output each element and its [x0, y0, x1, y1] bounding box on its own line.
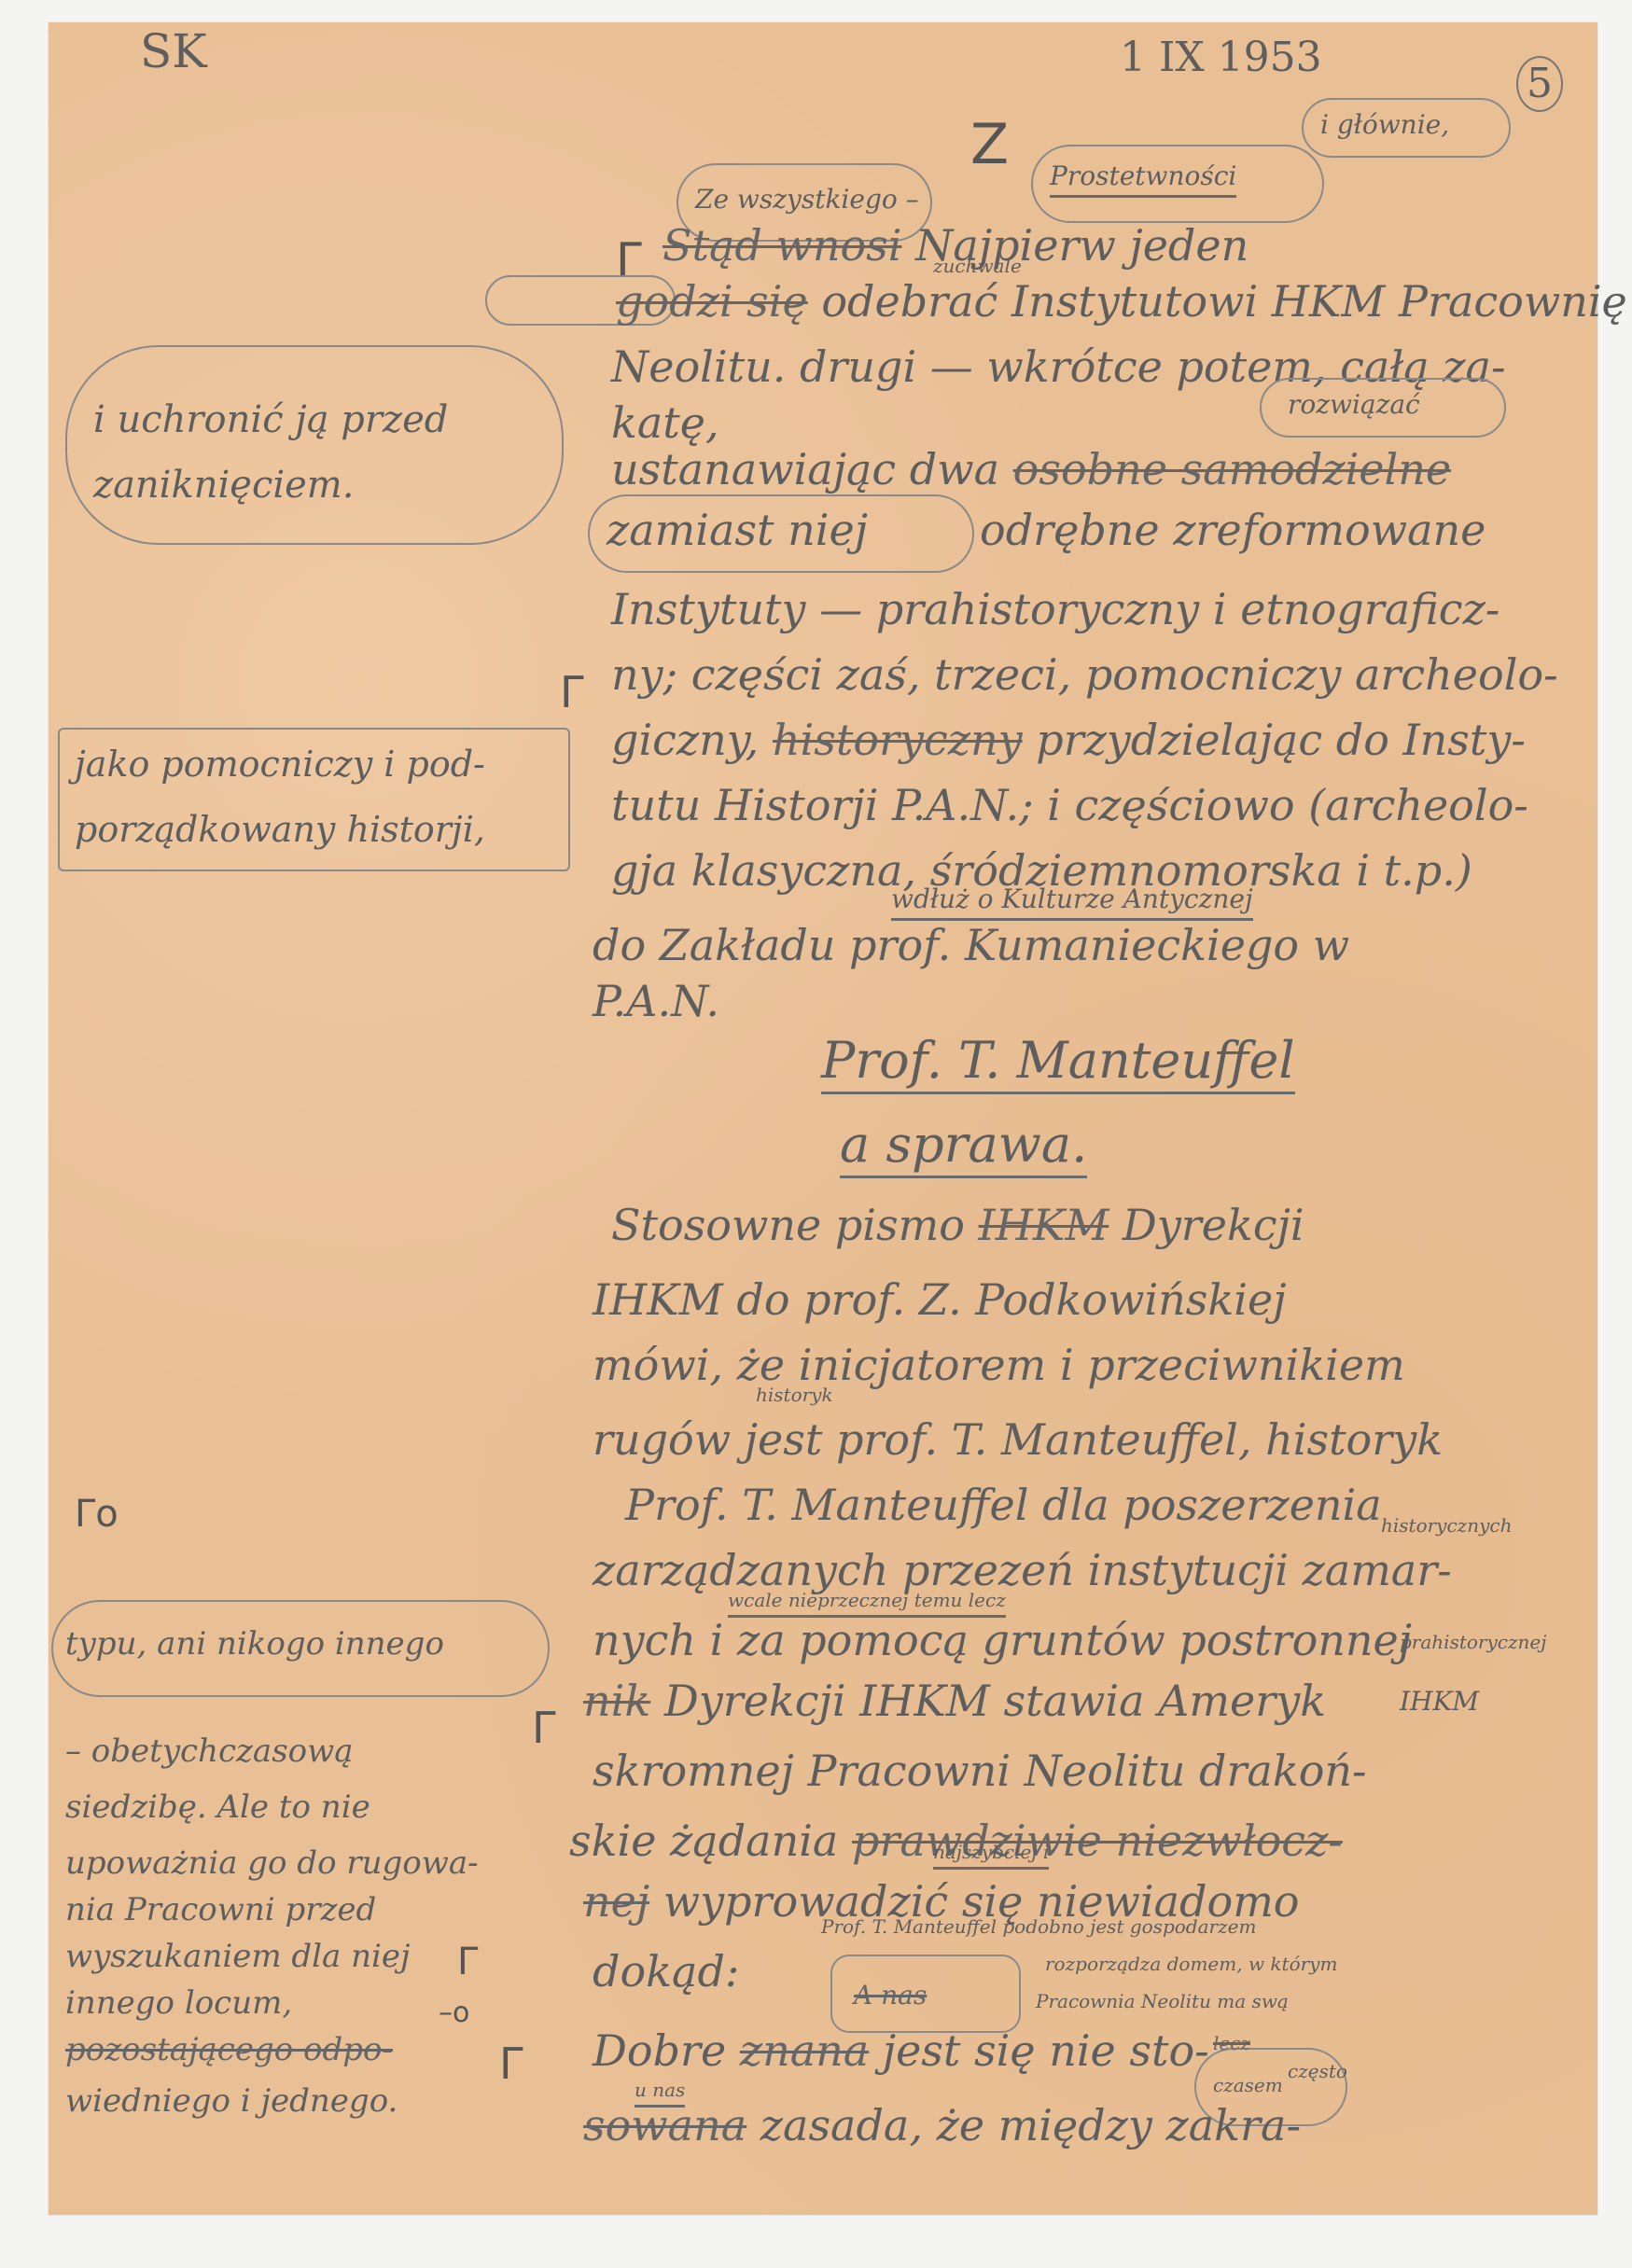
margin-note-1-line-1: i uchronić ją przed [93, 401, 448, 438]
margin-note-4-line-1: – obetychczasową [65, 1735, 354, 1767]
margin-note-2-line-2: porządkowany historji, [75, 812, 485, 847]
above-insertion: historycznych [1381, 1516, 1512, 1535]
above-insertion: historyk [756, 1385, 833, 1404]
section-line-13: Dobre znana jest się nie sto- [593, 2029, 1209, 2072]
insertion-ze-wszystkiego: Ze wszystkiego – [695, 187, 919, 213]
page-number: 5 [1516, 56, 1563, 112]
margin-note-3: typu, ani nikogo innego [65, 1628, 444, 1660]
section-line-9: skromnej Pracowni Neolitu drakoń- [593, 1749, 1367, 1792]
manteuffel-note-1: Prof. T. Manteuffel podobno jest gospoda… [821, 1917, 1256, 1936]
above-insertion: zuchwale [933, 257, 1022, 275]
above-insertion: prahistorycznej [1400, 1633, 1546, 1651]
manteuffel-note-2: rozporządza domem, w którym [1045, 1955, 1337, 1973]
section-line-8: nik Dyrekcji IHKM stawia Ameryk [583, 1679, 1326, 1722]
margin-mark: Γ [499, 2038, 523, 2089]
manteuffel-note-3: Pracownia Neolitu ma swą [1036, 1992, 1289, 2011]
text-line-8: ny; części zaś, trzeci, pomocniczy arche… [611, 653, 1558, 696]
margin-note-bubble [65, 345, 564, 545]
section-line-7: nych i za pomocą gruntów postronnej [593, 1619, 1412, 1662]
margin-note-4-line-2: siedzibę. Ale to nie [65, 1791, 370, 1823]
date: 1 IX 1953 [1120, 37, 1322, 78]
above-insertion: najszybciej i [933, 1843, 1049, 1870]
crossed-a-nas: A nas [854, 1983, 927, 2009]
margin-note-1-line-2: zaniknięciem. [93, 466, 354, 504]
insertion-zamiast-niej: zamiast niej [607, 508, 868, 551]
margin-note-4-line-5: wyszukaniem dla niej [65, 1941, 411, 1972]
insertion-prostetwnosci: Prostetwności [1050, 163, 1236, 198]
insertion-i-glownie: i głównie, [1320, 112, 1449, 138]
section-heading-line-2: a sprawa. [840, 1120, 1087, 1178]
above-insertion: wcale nieprzecznej temu lecz [728, 1591, 1006, 1618]
text-line-12: do Zakładu prof. Kumanieckiego w [593, 924, 1349, 967]
text-line-10: tutu Historji P.A.N.; i częściowo (arche… [611, 784, 1528, 827]
margin-mark: Γ [457, 1941, 478, 1983]
section-line-2: IHKM do prof. Z. Podkowińskiej [593, 1278, 1286, 1321]
initials: SK [140, 28, 207, 75]
margin-mark: –o [439, 1997, 469, 2029]
section-line-1: Stosowne pismo IHKM Dyrekcji [611, 1204, 1304, 1246]
czesto-bubble-1: lecz [1213, 2034, 1250, 2052]
text-line-6: odrębne zreformowane [980, 508, 1486, 551]
margin-note-4-line-8: wiedniego i jednego. [65, 2085, 398, 2117]
text-line-9: giczny, historyczny przydzielając do Ins… [611, 718, 1526, 761]
czesto-bubble-2: czasem [1213, 2076, 1283, 2094]
text-line-5: ustanawiając dwa osobne samodzielne [611, 448, 1451, 491]
margin-mark: Γo [75, 1493, 119, 1536]
section-line-12: dokąd: [593, 1950, 739, 1993]
czesto-bubble-3: często [1288, 2062, 1347, 2080]
above-insertion: wdłuż o Kulturze Antycznej [891, 886, 1253, 921]
margin-note-4-line-3: upoważnia go do rugowa- [65, 1847, 479, 1879]
insertion-rozwiazac: rozwiązać [1288, 392, 1420, 418]
text-line-4: katę, [611, 401, 719, 444]
text-line-7: Instytuty — prahistoryczny i etnograficz… [611, 588, 1499, 631]
margin-mark: Γ [560, 667, 584, 717]
section-line-5: Prof. T. Manteuffel dla poszerzenia [625, 1483, 1382, 1526]
margin-note-4-line-4: nia Pracowni przed [65, 1894, 376, 1926]
margin-note-4-line-6: innego locum, [65, 1987, 292, 2019]
text-line-2: godzi się odebrać Instytutowi HKM Pracow… [616, 280, 1627, 323]
margin-mark: Γ [532, 1703, 556, 1753]
margin-note-4-line-7: pozostającego odpo- [65, 2034, 393, 2066]
section-line-14: sowana zasada, że między zakra- [583, 2104, 1301, 2147]
margin-note-2-line-1: jako pomocniczy i pod- [75, 746, 485, 782]
insert-mark: Z [970, 112, 1009, 177]
section-line-4: rugów jest prof. T. Manteuffel, historyk [593, 1418, 1443, 1461]
ihkm-insertion: IHKM [1400, 1689, 1479, 1715]
section-line-6: zarządzanych przezeń instytucji zamar- [593, 1549, 1452, 1592]
section-heading-line-1: Prof. T. Manteuffel [821, 1036, 1295, 1094]
text-line-13: P.A.N. [593, 980, 719, 1023]
section-line-3: mówi, że inicjatorem i przeciwnikiem [593, 1343, 1405, 1386]
